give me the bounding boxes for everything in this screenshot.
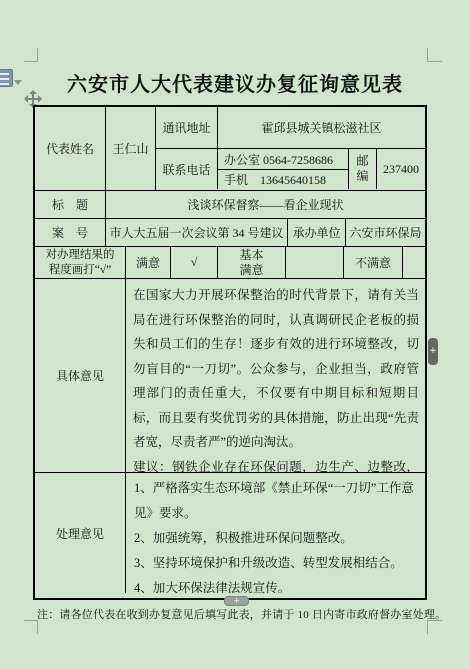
address-row: 通讯地址 霍邱县城关镇松滋社区 (156, 107, 425, 148)
text-boundary-mark (427, 620, 428, 634)
row-handling-opinion: 处理意见 1、严格落实生态环境部《禁止环保“一刀切”工作意见》要求。 2、加强统… (35, 472, 425, 593)
handling-opinion-item-4: 4、加大环保法律法规宣传。 (134, 576, 419, 593)
page-title: 六安市人大代表建议办复征询意见表 (0, 68, 470, 97)
unsatisfied-mark-cell[interactable] (402, 247, 425, 278)
postcode-value[interactable]: 237400 (376, 149, 425, 189)
mobile-phone-row: 手机 13645640158 (218, 169, 348, 189)
footer-note: 注：请各位代表在收到办复意见后填写此表，并请于 10 日内寄市政府督办室处理。 (37, 606, 437, 622)
insert-column-handle[interactable]: + (428, 338, 438, 365)
insert-row-handle[interactable]: + (224, 596, 249, 606)
address-label: 通讯地址 (156, 107, 217, 148)
handling-opinion-cell[interactable]: 1、严格落实生态环境部《禁止环保“一刀切”工作意见》要求。 2、加强统筹，积极推… (125, 473, 425, 593)
text-boundary-mark (24, 61, 38, 62)
handling-opinion-list: 1、严格落实生态环境部《禁止环保“一刀切”工作意见》要求。 2、加强统筹，积极推… (126, 473, 425, 593)
office-phone-value[interactable]: 办公室 0564-7258686 (218, 149, 348, 169)
handler-value[interactable]: 六安市环保局 (345, 219, 425, 246)
row-subject: 标 题 浅谈环保督察——看企业现状 (35, 190, 425, 218)
handling-opinion-item-3: 3、坚持环境保护和升级改造、转型发展相结合。 (134, 551, 419, 576)
specific-opinion-label: 具体意见 (35, 279, 125, 472)
row-specific-opinion: 具体意见 在国家大力开展环保整治的时代背景下，请有关当局在进行环保整治的同时，认… (35, 278, 425, 472)
phone-label: 联系电话 (156, 149, 217, 189)
text-boundary-mark (37, 48, 38, 62)
subject-value[interactable]: 浅谈环保督察——看企业现状 (105, 191, 425, 218)
case-label: 案 号 (35, 219, 105, 246)
rep-name-label: 代表姓名 (35, 107, 105, 190)
contact-block: 通讯地址 霍邱县城关镇松滋社区 联系电话 办公室 0564-7258686 手机… (155, 107, 425, 190)
office-phone-row: 办公室 0564-7258686 (218, 149, 348, 169)
row-rating: 对办理结果的程度画打“√” 满意 √ 基本满意 不满意 (35, 246, 425, 278)
specific-opinion-text: 在国家大力开展环保整治的时代背景下，请有关当局在进行环保整治的同时，认真调研民企… (126, 279, 425, 472)
text-boundary-mark (24, 620, 38, 621)
satisfied-mark-cell[interactable]: √ (170, 247, 217, 278)
rating-label: 对办理结果的程度画打“√” (35, 247, 125, 278)
plus-icon: + (429, 347, 437, 356)
basic-satisfied-label: 基本满意 (217, 247, 285, 278)
phone-row: 联系电话 办公室 0564-7258686 手机 13645640158 邮编 … (156, 148, 425, 189)
row-representative-info: 代表姓名 王仁山 通讯地址 霍邱县城关镇松滋社区 联系电话 办公室 0564-7… (35, 107, 425, 190)
subject-label: 标 题 (35, 191, 105, 218)
satisfied-label: 满意 (125, 247, 170, 278)
phone-values: 办公室 0564-7258686 手机 13645640158 (217, 149, 348, 189)
handling-opinion-item-2: 2、加强统筹，积极推进环保问题整改。 (134, 526, 419, 551)
specific-opinion-cell[interactable]: 在国家大力开展环保整治的时代背景下，请有关当局在进行环保整治的同时，认真调研民企… (125, 279, 425, 472)
text-boundary-mark (37, 620, 38, 634)
consultation-form-table: 代表姓名 王仁山 通讯地址 霍邱县城关镇松滋社区 联系电话 办公室 0564-7… (33, 105, 427, 600)
handler-label: 承办单位 (287, 219, 345, 246)
case-no-value[interactable]: 市人大五届一次会议第 34 号建议 (105, 219, 287, 246)
handling-opinion-item-1: 1、严格落实生态环境部《禁止环保“一刀切”工作意见》要求。 (134, 476, 419, 526)
text-boundary-mark (427, 48, 428, 62)
handling-opinion-label: 处理意见 (35, 473, 125, 593)
row-case: 案 号 市人大五届一次会议第 34 号建议 承办单位 六安市环保局 (35, 218, 425, 246)
unsatisfied-label: 不满意 (343, 247, 402, 278)
plus-icon: + (233, 597, 240, 605)
specific-opinion-paragraph-2: 建议：钢铁企业存在环保问题，边生产、边整改，切勿盲目的停产。 (133, 455, 419, 473)
address-value[interactable]: 霍邱县城关镇松滋社区 (217, 107, 425, 148)
specific-opinion-paragraph-1: 在国家大力开展环保整治的时代背景下，请有关当局在进行环保整治的同时，认真调研民企… (133, 283, 419, 455)
rep-name-value[interactable]: 王仁山 (105, 107, 155, 190)
basic-satisfied-mark-cell[interactable] (285, 247, 343, 278)
postcode-label: 邮编 (348, 149, 376, 189)
text-boundary-mark (428, 61, 442, 62)
mobile-phone-value[interactable]: 手机 13645640158 (218, 170, 348, 189)
